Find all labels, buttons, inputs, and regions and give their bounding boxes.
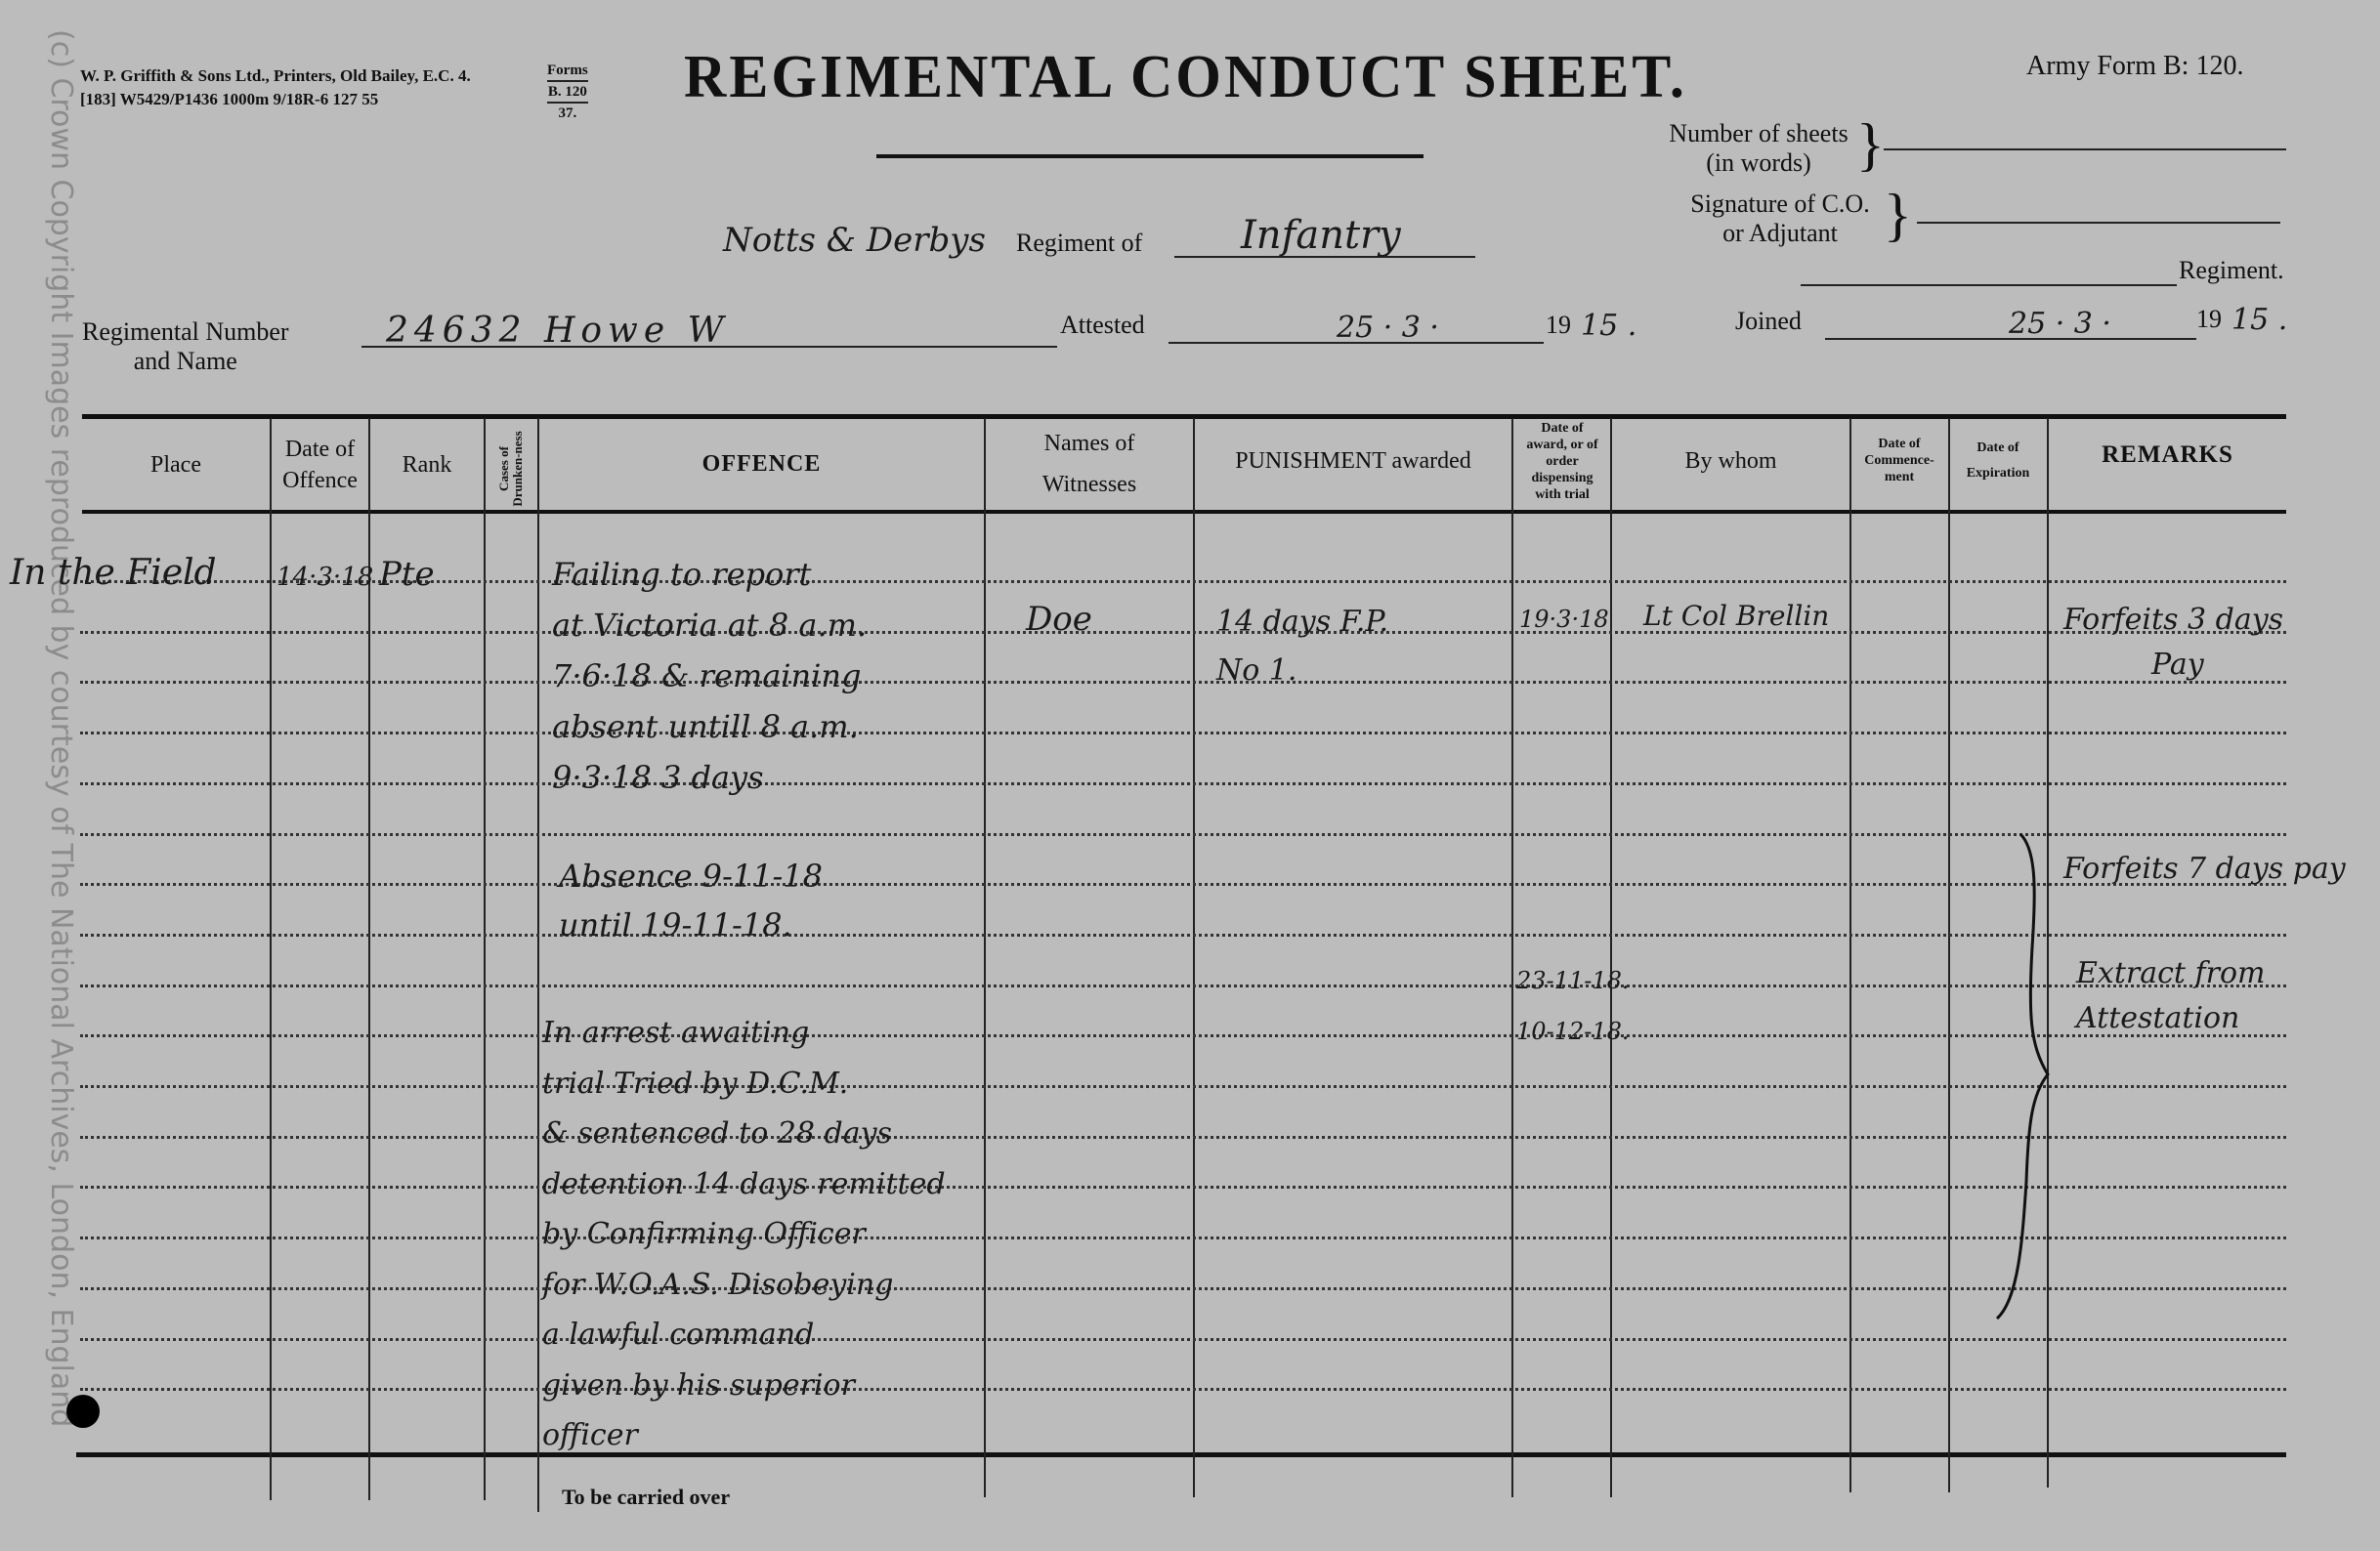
regimental-number-value: 24632 Howe W [386,311,730,351]
ruled-line [80,782,2286,785]
regiment-field[interactable] [1801,284,2177,286]
column-header-witnesses: Names of Witnesses [986,428,1193,500]
entry-remarks-1: Forfeits 3 days Pay [2063,598,2283,688]
ruled-line [80,1085,2286,1088]
remarks-line: Forfeits 3 days [2063,598,2283,643]
punishment-line: 14 days F.P. [1216,598,1388,647]
number-of-sheets-field[interactable] [1884,148,2286,150]
award-date-line: 23-11-18. [1516,955,1629,1006]
regiment-of-label: Regiment of [1016,229,1142,258]
ruled-line [80,1237,2286,1239]
printer-line-2: [183] W5429/P1436 1000m 9/18R-6 127 55 [80,88,471,111]
remarks-line: Attestation [2076,996,2265,1041]
offence-line: & sentenced to 28 days [542,1109,946,1159]
column-header-rank: Rank [370,449,484,481]
table-header-rule [82,510,2286,514]
brace-icon: } [1856,115,1885,174]
copyright-watermark: (c) Crown Copyright Images reproduced by… [39,29,78,1533]
column-header-date-expiration: Date of Expiration [1954,436,2042,486]
remarks-line: Pay [2063,643,2283,688]
column-header-punishment: PUNISHMENT awarded [1195,445,1511,477]
handwritten-brace-icon [1993,830,2052,1338]
ruled-line [80,1388,2286,1391]
printer-line-1: W. P. Griffith & Sons Ltd., Printers, Ol… [80,64,471,88]
joined-year-prefix: 19 [2196,305,2222,334]
entry-remarks-3: Extract from Attestation [2076,951,2265,1041]
offence-line: detention 14 days remitted [542,1159,946,1210]
offence-line: 7·6·18 & remaining [552,650,867,701]
ruled-line [80,631,2286,634]
ruled-line [80,985,2286,987]
remarks-line: Extract from [2076,951,2265,996]
offence-line: In arrest awaiting [542,1008,946,1059]
printer-imprint: W. P. Griffith & Sons Ltd., Printers, Ol… [80,64,471,111]
ruled-line [80,1034,2286,1037]
entry-by-whom: Lt Col Brellin [1643,600,1829,632]
regiment-name-value: Notts & Derbys [723,221,986,260]
table-bottom-rule [76,1452,2286,1457]
offence-line: by Confirming Officer [542,1209,946,1260]
attested-year-prefix: 19 [1546,311,1571,340]
joined-year-suffix: 15 . [2231,303,2287,337]
column-header-date-commencement: Date of Commence-ment [1854,436,1944,485]
header-line: Names of [986,428,1193,459]
brace-icon: } [1884,186,1912,244]
award-date-line: 10-12-18. [1516,1006,1629,1057]
regimental-number-label: Regimental Number and Name [82,317,289,376]
label-line: or Adjutant [1673,219,1888,248]
column-header-place: Place [82,449,270,481]
offence-line: for W.O.A.S. Disobeying [542,1260,946,1311]
label-line: Number of sheets [1661,119,1856,148]
regiment-of-value: Infantry [1241,213,1401,258]
regiment-suffix-label: Regiment. [2179,256,2284,285]
attested-label: Attested [1060,311,1145,340]
ruled-line [80,1338,2286,1341]
offence-line: a lawful command [542,1310,946,1361]
offence-line: Failing to report [552,549,867,600]
offence-line: officer [542,1410,946,1461]
entry-offence-2: Absence 9-11-18 until 19-11-18. [559,852,823,949]
signature-label: Signature of C.O. or Adjutant [1673,189,1888,248]
entry-date-of-award: 19·3·18 [1519,606,1609,633]
page-title: REGIMENTAL CONDUCT SHEET. [684,41,1687,111]
header-line: Offence [272,465,368,496]
ruled-line [80,681,2286,684]
ruled-line [80,833,2286,836]
column-header-remarks: REMARKS [2049,441,2286,469]
offence-line: at Victoria at 8 a.m. [552,600,867,650]
column-header-offence: OFFENCE [539,451,984,478]
label-line: (in words) [1661,148,1856,178]
column-header-date-of-award: Date of award, or of order dispensing wi… [1520,420,1604,503]
ruled-line [80,1136,2286,1139]
punishment-line: No 1. [1216,647,1388,695]
column-divider [1849,418,1851,1492]
entry-rank: Pte [379,555,435,594]
ruled-line [80,732,2286,734]
signature-field[interactable] [1917,222,2280,224]
number-of-sheets-label: Number of sheets (in words) [1661,119,1856,178]
army-form-number: Army Form B: 120. [2026,51,2243,82]
entry-place: In the Field [10,553,217,593]
entry-remarks-2: Forfeits 7 days pay [2063,852,2346,886]
ruled-line [80,883,2286,886]
forms-ref-bottom: 37. [547,104,588,123]
offence-line: trial Tried by D.C.M. [542,1059,946,1110]
entry-date-of-offence: 14·3·18 [276,563,373,592]
column-header-drunkenness: Cases of Drunken-ness [486,420,537,510]
header-line: Date of [272,434,368,465]
attested-value: 25 · 3 · [1337,311,1439,345]
header-line: Witnesses [986,469,1193,500]
column-header-date-of-offence: Date of Offence [272,434,368,496]
entry-offence-1: Failing to report at Victoria at 8 a.m. … [552,549,867,803]
entry-offence-3: In arrest awaiting trial Tried by D.C.M.… [542,1008,946,1461]
joined-value: 25 · 3 · [2009,307,2111,341]
ruled-line [80,1186,2286,1189]
forms-ref-mid: B. 120 [547,80,588,104]
forms-reference: Forms B. 120 37. [547,61,588,123]
column-divider [1948,418,1950,1492]
attested-year-suffix: 15 . [1581,309,1636,343]
punch-hole [66,1395,100,1428]
label-line: and Name [82,347,289,376]
ruled-line [80,934,2286,937]
entry-witness: Doe [1026,600,1092,639]
joined-label: Joined [1735,307,1802,336]
offence-line: given by his superior [542,1361,946,1411]
forms-ref-top: Forms [547,61,588,80]
title-underline [876,154,1424,158]
label-line: Regimental Number [82,317,289,347]
offence-line: until 19-11-18. [559,901,823,949]
table-top-rule [82,414,2286,419]
header-line: Cases of Drunken-ness [497,424,525,514]
offence-line: absent untill 8 a.m. [552,701,867,752]
column-header-by-whom: By whom [1612,445,1849,477]
label-line: Signature of C.O. [1673,189,1888,219]
entry-date-of-award-3: 23-11-18. 10-12-18. [1516,955,1629,1057]
offence-line: 9·3·18 3 days [552,752,867,803]
ruled-line [80,1287,2286,1290]
entry-punishment: 14 days F.P. No 1. [1216,598,1388,695]
carried-over-note: To be carried over [562,1485,730,1510]
offence-line: Absence 9-11-18 [559,852,823,901]
